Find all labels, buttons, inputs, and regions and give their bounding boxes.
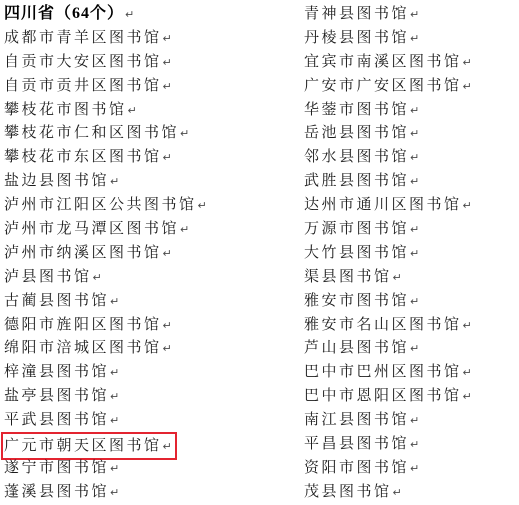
- document-page: 四川省（64个）↵ 成都市青羊区图书馆↵自贡市大安区图书馆↵自贡市贡井区图书馆↵…: [0, 0, 519, 505]
- library-name: 巴中市恩阳区图书馆: [304, 388, 462, 404]
- line-break-mark: ↵: [163, 151, 172, 164]
- line-break-mark: ↵: [393, 486, 402, 499]
- library-name: 遂宁市图书馆: [4, 460, 109, 476]
- line-break-mark: ↵: [410, 414, 419, 427]
- line-break-mark: ↵: [410, 175, 419, 188]
- list-item: 平武县图书馆↵: [4, 408, 207, 432]
- library-name: 巴中市巴州区图书馆: [304, 364, 462, 380]
- library-name: 邻水县图书馆: [304, 149, 409, 165]
- list-item: 万源市图书馆↵: [304, 217, 472, 241]
- library-name: 攀枝花市图书馆: [4, 102, 127, 118]
- line-break-mark: ↵: [463, 319, 472, 332]
- line-break-mark: ↵: [110, 175, 119, 188]
- list-item: 德阳市旌阳区图书馆↵: [4, 313, 207, 337]
- list-item: 古蔺县图书馆↵: [4, 289, 207, 313]
- line-break-mark: ↵: [163, 80, 172, 93]
- line-break-mark: ↵: [410, 247, 419, 260]
- library-name: 达州市通川区图书馆: [304, 197, 462, 213]
- library-name: 丹棱县图书馆: [304, 30, 409, 46]
- line-break-mark: ↵: [463, 80, 472, 93]
- list-item: 泸州市龙马潭区图书馆↵: [4, 217, 207, 241]
- list-item: 泸县图书馆↵: [4, 265, 207, 289]
- library-name: 宜宾市南溪区图书馆: [304, 54, 462, 70]
- list-item: 渠县图书馆↵: [304, 265, 472, 289]
- list-item: 邻水县图书馆↵: [304, 145, 472, 169]
- list-item: 雅安市图书馆↵: [304, 289, 472, 313]
- library-name: 雅安市图书馆: [304, 293, 409, 309]
- line-break-mark: ↵: [410, 295, 419, 308]
- line-break-mark: ↵: [410, 127, 419, 140]
- line-break-mark: ↵: [93, 271, 102, 284]
- library-name: 蓬溪县图书馆: [4, 484, 109, 500]
- line-break-mark: ↵: [128, 104, 137, 117]
- list-item: 丹棱县图书馆↵: [304, 26, 472, 50]
- library-name: 攀枝花市仁和区图书馆: [4, 125, 179, 141]
- list-item: 盐亭县图书馆↵: [4, 384, 207, 408]
- line-break-mark: ↵: [163, 342, 172, 355]
- line-break-mark: ↵: [463, 390, 472, 403]
- line-break-mark: ↵: [410, 8, 419, 21]
- line-break-mark: ↵: [125, 8, 134, 21]
- line-break-mark: ↵: [410, 223, 419, 236]
- line-break-mark: ↵: [110, 295, 119, 308]
- library-name: 岳池县图书馆: [304, 125, 409, 141]
- library-name: 渠县图书馆: [304, 269, 392, 285]
- line-break-mark: ↵: [198, 199, 207, 212]
- library-name: 芦山县图书馆: [304, 340, 409, 356]
- line-break-mark: ↵: [410, 438, 419, 451]
- library-name: 泸县图书馆: [4, 269, 92, 285]
- list-item: 达州市通川区图书馆↵: [304, 193, 472, 217]
- list-item: 绵阳市涪城区图书馆↵: [4, 336, 207, 360]
- section-header: 四川省（64个）↵: [4, 2, 207, 26]
- library-name: 德阳市旌阳区图书馆: [4, 317, 162, 333]
- line-break-mark: ↵: [163, 32, 172, 45]
- list-item: 南江县图书馆↵: [304, 408, 472, 432]
- list-item: 岳池县图书馆↵: [304, 121, 472, 145]
- list-item: 盐边县图书馆↵: [4, 169, 207, 193]
- library-name: 华蓥市图书馆: [304, 102, 409, 118]
- library-name: 成都市青羊区图书馆: [4, 30, 162, 46]
- line-break-mark: ↵: [163, 319, 172, 332]
- list-item: 茂县图书馆↵: [304, 480, 472, 504]
- library-name: 攀枝花市东区图书馆: [4, 149, 162, 165]
- library-name: 绵阳市涪城区图书馆: [4, 340, 162, 356]
- list-item: 蓬溪县图书馆↵: [4, 480, 207, 504]
- library-name: 资阳市图书馆: [304, 460, 409, 476]
- list-item: 巴中市恩阳区图书馆↵: [304, 384, 472, 408]
- library-name: 青神县图书馆: [304, 6, 409, 22]
- list-item: 攀枝花市仁和区图书馆↵: [4, 121, 207, 145]
- list-item: 巴中市巴州区图书馆↵: [304, 360, 472, 384]
- library-name: 盐亭县图书馆: [4, 388, 109, 404]
- line-break-mark: ↵: [110, 462, 119, 475]
- library-name: 平武县图书馆: [4, 412, 109, 428]
- line-break-mark: ↵: [410, 151, 419, 164]
- library-name: 梓潼县图书馆: [4, 364, 109, 380]
- library-name: 大竹县图书馆: [304, 245, 409, 261]
- line-break-mark: ↵: [463, 366, 472, 379]
- library-name: 武胜县图书馆: [304, 173, 409, 189]
- line-break-mark: ↵: [163, 440, 172, 453]
- list-item: 自贡市贡井区图书馆↵: [4, 74, 207, 98]
- line-break-mark: ↵: [410, 104, 419, 117]
- library-name: 盐边县图书馆: [4, 173, 109, 189]
- list-item: 资阳市图书馆↵: [304, 456, 472, 480]
- line-break-mark: ↵: [110, 486, 119, 499]
- section-title: 四川省（64个）: [4, 5, 124, 22]
- library-name: 自贡市大安区图书馆: [4, 54, 162, 70]
- list-item: 华蓥市图书馆↵: [304, 98, 472, 122]
- line-break-mark: ↵: [410, 32, 419, 45]
- right-column: 青神县图书馆↵丹棱县图书馆↵宜宾市南溪区图书馆↵广安市广安区图书馆↵华蓥市图书馆…: [304, 2, 472, 504]
- library-name: 南江县图书馆: [304, 412, 409, 428]
- line-break-mark: ↵: [110, 390, 119, 403]
- list-item: 芦山县图书馆↵: [304, 336, 472, 360]
- list-item: 武胜县图书馆↵: [304, 169, 472, 193]
- line-break-mark: ↵: [180, 223, 189, 236]
- line-break-mark: ↵: [163, 56, 172, 69]
- library-name: 泸州市江阳区公共图书馆: [4, 197, 197, 213]
- library-name: 广元市朝天区图书馆: [4, 438, 162, 454]
- line-break-mark: ↵: [180, 127, 189, 140]
- list-item: 攀枝花市图书馆↵: [4, 98, 207, 122]
- line-break-mark: ↵: [410, 342, 419, 355]
- list-item: 大竹县图书馆↵: [304, 241, 472, 265]
- list-item: 泸州市纳溪区图书馆↵: [4, 241, 207, 265]
- line-break-mark: ↵: [110, 366, 119, 379]
- left-column: 四川省（64个）↵ 成都市青羊区图书馆↵自贡市大安区图书馆↵自贡市贡井区图书馆↵…: [4, 2, 207, 504]
- line-break-mark: ↵: [463, 199, 472, 212]
- library-name: 泸州市纳溪区图书馆: [4, 245, 162, 261]
- library-name: 古蔺县图书馆: [4, 293, 109, 309]
- list-item: 梓潼县图书馆↵: [4, 360, 207, 384]
- list-item: 泸州市江阳区公共图书馆↵: [4, 193, 207, 217]
- list-item: 成都市青羊区图书馆↵: [4, 26, 207, 50]
- line-break-mark: ↵: [463, 56, 472, 69]
- line-break-mark: ↵: [163, 247, 172, 260]
- library-name: 雅安市名山区图书馆: [304, 317, 462, 333]
- library-name: 茂县图书馆: [304, 484, 392, 500]
- list-item: 广安市广安区图书馆↵: [304, 74, 472, 98]
- library-name: 平昌县图书馆: [304, 436, 409, 452]
- library-name: 泸州市龙马潭区图书馆: [4, 221, 179, 237]
- list-item: 攀枝花市东区图书馆↵: [4, 145, 207, 169]
- library-name: 自贡市贡井区图书馆: [4, 78, 162, 94]
- line-break-mark: ↵: [110, 414, 119, 427]
- list-item: 宜宾市南溪区图书馆↵: [304, 50, 472, 74]
- list-item: 广元市朝天区图书馆↵: [4, 432, 207, 456]
- list-item: 平昌县图书馆↵: [304, 432, 472, 456]
- line-break-mark: ↵: [393, 271, 402, 284]
- line-break-mark: ↵: [410, 462, 419, 475]
- list-item: 自贡市大安区图书馆↵: [4, 50, 207, 74]
- list-item: 青神县图书馆↵: [304, 2, 472, 26]
- library-name: 万源市图书馆: [304, 221, 409, 237]
- list-item: 雅安市名山区图书馆↵: [304, 313, 472, 337]
- library-name: 广安市广安区图书馆: [304, 78, 462, 94]
